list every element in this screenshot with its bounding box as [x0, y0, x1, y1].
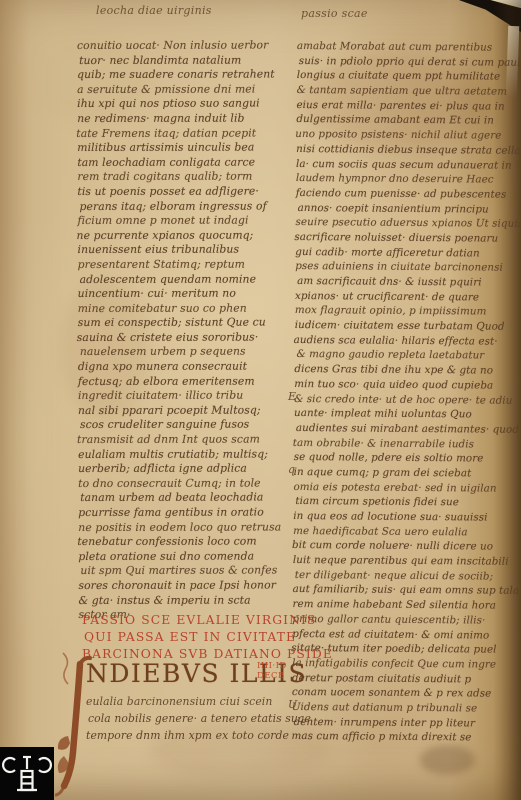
- manuscript-line: cola nobilis genere· a tenero etatis sua…: [88, 711, 311, 728]
- manuscript-line: tuor· nec blandimta natalium: [79, 53, 295, 68]
- manuscript-line: audientes sui mirabant aestimantes· quod: [296, 421, 514, 437]
- manuscript-line: annos· coepit insanientium principu: [298, 201, 516, 217]
- manuscript-line: presentarent Statimq; reptum: [78, 257, 296, 272]
- manuscript-line: perans itaq; elboram ingressus of: [79, 199, 295, 214]
- feast-date-line2: DECB: [257, 671, 287, 681]
- manuscript-line: longius a ciuitate quem ppt humilitate: [297, 68, 517, 84]
- manuscript-line: bit cum corde noluere· nulli dicere uo: [292, 538, 513, 554]
- manuscript-line: adolescentem quendam nomine: [80, 272, 296, 287]
- manuscript-line: quib; me suadere conaris retrahent: [77, 68, 295, 83]
- manuscript-line: tempore dnm ihm xpm ex toto corde: [86, 728, 311, 745]
- manuscript-line: seuire psecutio aduersus xpianos Ut siqu…: [296, 215, 516, 231]
- incipit-text: eulalia barcinonensium ciui sceincola no…: [86, 694, 311, 744]
- manuscript-line: eulaliam multis crutiatib; multisq;: [78, 447, 296, 462]
- manuscript-line: pleta oratione sui dno comenda: [78, 549, 296, 564]
- manuscript-line: tis ut poenis posset ea adfligere·: [77, 184, 295, 199]
- margin-letter: E: [288, 390, 296, 403]
- manuscript-line: ihu xpi qui nos ptioso suo sangui: [77, 97, 295, 112]
- manuscript-line: eius erat milla· parentes ei· plus qua i…: [296, 98, 516, 114]
- manuscript-line: sauina & cristete eius sororibus·: [77, 330, 296, 345]
- manuscript-line: fectusq; ab elbora emeritensem: [78, 374, 296, 389]
- manuscript-line: dicens Gras tibi dne ihu xpe & gta no: [294, 362, 514, 378]
- manuscript-line: mas cum afficio p mixta direxit se: [291, 729, 511, 745]
- manuscript-line: ter diligebant· neque alicui de sociib;: [295, 568, 513, 584]
- manuscript-line: tam leochadiam conligata carce: [77, 155, 295, 170]
- manuscript-line: nauelensem urbem p sequens: [80, 345, 296, 360]
- manuscript-line: uante· impleat mihi uoluntas Quo: [294, 406, 514, 422]
- manuscript-line: tiam circum spetionis fidei sue: [295, 494, 513, 510]
- manuscript-line: uerberib; adflicta igne adplica: [78, 462, 296, 477]
- manuscript-line: ne redimens· magna induit lib: [77, 111, 295, 126]
- manuscript-line: se quod nolle, pdere eis soltio more: [294, 450, 514, 466]
- manuscript-line: pcurrisse fama gentibus in oratio: [78, 505, 296, 520]
- manuscript-line: a seruitute & pmissione dni mei: [77, 82, 295, 97]
- manuscript-line: ficium omne p monet ut indagi: [77, 214, 295, 229]
- ladder-emblem-icon: [0, 747, 54, 800]
- manuscript-line: Uidens aut datianum p tribunali se: [292, 700, 512, 716]
- running-title-left: leocha diae uirginis: [96, 4, 212, 17]
- manuscript-line: sum ei conspectib; sistunt Que cu: [78, 316, 296, 331]
- manuscript-line: iudicem· ciuitatem esse turbatam Quod: [295, 318, 515, 334]
- manuscript-line: conuitio uocat· Non inlusio uerbor: [77, 38, 295, 53]
- manuscript-line: gui cadib· morte afficeretur datian: [295, 245, 515, 261]
- manuscript-line: conam uocem sonantem & p rex adse: [292, 685, 512, 701]
- archive-stamp: [0, 747, 54, 800]
- manuscript-line: transmisit ad dnm Int quos scam: [77, 432, 296, 447]
- manuscript-line: pses aduiniens in ciuitate barcinonensi: [295, 259, 515, 275]
- manuscript-line: xpianos· ut crucificarent· de quare: [295, 289, 515, 305]
- manuscript-line: tate Fremens itaq; datian pcepit: [76, 126, 295, 141]
- manuscript-line: amabat Morabat aut cum parentibus: [297, 39, 517, 55]
- manuscript-line: deretur postam ciuitatis audiuit p: [292, 671, 512, 687]
- manuscript-line: nisi cottidianis diebus inseque strata c…: [296, 142, 516, 158]
- left-text-column: conuitio uocat· Non inlusio uerbortuor· …: [77, 38, 297, 622]
- manuscript-line: ingredit ciuitatem· illico tribu: [78, 389, 296, 404]
- manuscript-line: ne pcurrente xpianos quocumq;: [76, 228, 295, 243]
- manuscript-line: me haedificabat Sca uero eulalia: [293, 524, 513, 540]
- manuscript-line: ne positis in eodem loco quo retrusa: [78, 520, 296, 535]
- manuscript-line: faciendo cum puenisse· ad pubescentes: [296, 186, 516, 202]
- manuscript-line: & sic credo inte· ut de hoc opere· te ad…: [294, 391, 514, 407]
- manuscript-line: digna xpo munera consecrauit: [78, 359, 296, 374]
- running-title-right: passio scae: [301, 7, 368, 20]
- manuscript-line: tanam urbem ad beata leochadia: [80, 491, 296, 506]
- manuscript-line: tenebatur confessionis loco com: [77, 535, 296, 550]
- manuscript-line: rem tradi cogitans qualib; torm: [77, 170, 295, 185]
- margin-letter: q: [288, 463, 295, 476]
- manuscript-line: am sacrificauit dns· & iussit pquiri: [297, 274, 515, 290]
- manuscript-line: uit spm Qui martires suos & confes: [80, 564, 296, 579]
- manuscript-line: scos crudeliter sanguine fusos: [80, 418, 296, 433]
- rubric-line: QUI PASSA EST IN CIVITATE: [84, 629, 333, 646]
- manuscript-line: luit neque parentibus qui eam inscitabil…: [293, 553, 513, 569]
- manuscript-page: leocha diae uirginis passio scae conuiti…: [0, 0, 521, 800]
- manuscript-line: tam obrabile· & inenarrabile iudis: [293, 436, 514, 452]
- manuscript-line: eulalia barcinonensium ciui scein: [86, 694, 311, 711]
- feast-date: IIII·ID DECB: [257, 661, 287, 681]
- manuscript-line: mine comitebatur suo co phen: [78, 301, 296, 316]
- parchment-smudge: [420, 745, 475, 775]
- manuscript-line: sores choronauit in pace Ipsi honor: [78, 578, 296, 593]
- manuscript-line: laudem hympnor dno deseruire Haec: [296, 171, 516, 187]
- manuscript-line: & magno gaudio repleta laetabatur: [296, 347, 514, 363]
- manuscript-line: inuenissent eius tribunalibus: [78, 243, 296, 258]
- manuscript-line: nal sibi pparari pcoepit Multosq;: [78, 403, 296, 418]
- manuscript-line: omia eis potesta erebat· sed in uigilan: [293, 480, 513, 496]
- manuscript-line: sacrificare noluisset· diuersis poenaru: [294, 230, 515, 246]
- manuscript-line: mox flagrauit opinio, p impiissimum: [295, 303, 515, 319]
- manuscript-line: uincentium· cui· meritum no: [78, 287, 296, 302]
- manuscript-line: suis· in pdiolo pprio qui derat si cum p…: [299, 54, 517, 70]
- manuscript-line: uno pposito psistens· nichil aliut agere: [295, 127, 516, 143]
- manuscript-line: dulgentissime amabant eam Et cui in: [296, 112, 516, 128]
- manuscript-line: dentem· inrumpens inter pp liteur: [294, 715, 512, 731]
- manuscript-line: & gta· instus & imperiu in scta: [78, 593, 296, 608]
- manuscript-line: la· cum sociis quas secum adunauerat in: [296, 156, 516, 172]
- rubric-line: PASSIO SCE EVLALIE VIRGINIS: [82, 612, 333, 629]
- manuscript-line: & tantam sapientiam que ultra aetatem: [297, 83, 517, 99]
- feast-date-line1: IIII·ID: [257, 661, 287, 671]
- manuscript-line: aut familiarib; suis· qui eam omns sup t…: [293, 582, 513, 598]
- manuscript-line: militibus artissimis uinculis bea: [77, 141, 295, 156]
- rubric-title: PASSIO SCE EVLALIE VIRGINISQUI PASSA EST…: [82, 612, 333, 663]
- manuscript-line: to dno consecrauit Cumq; in tole: [78, 476, 296, 491]
